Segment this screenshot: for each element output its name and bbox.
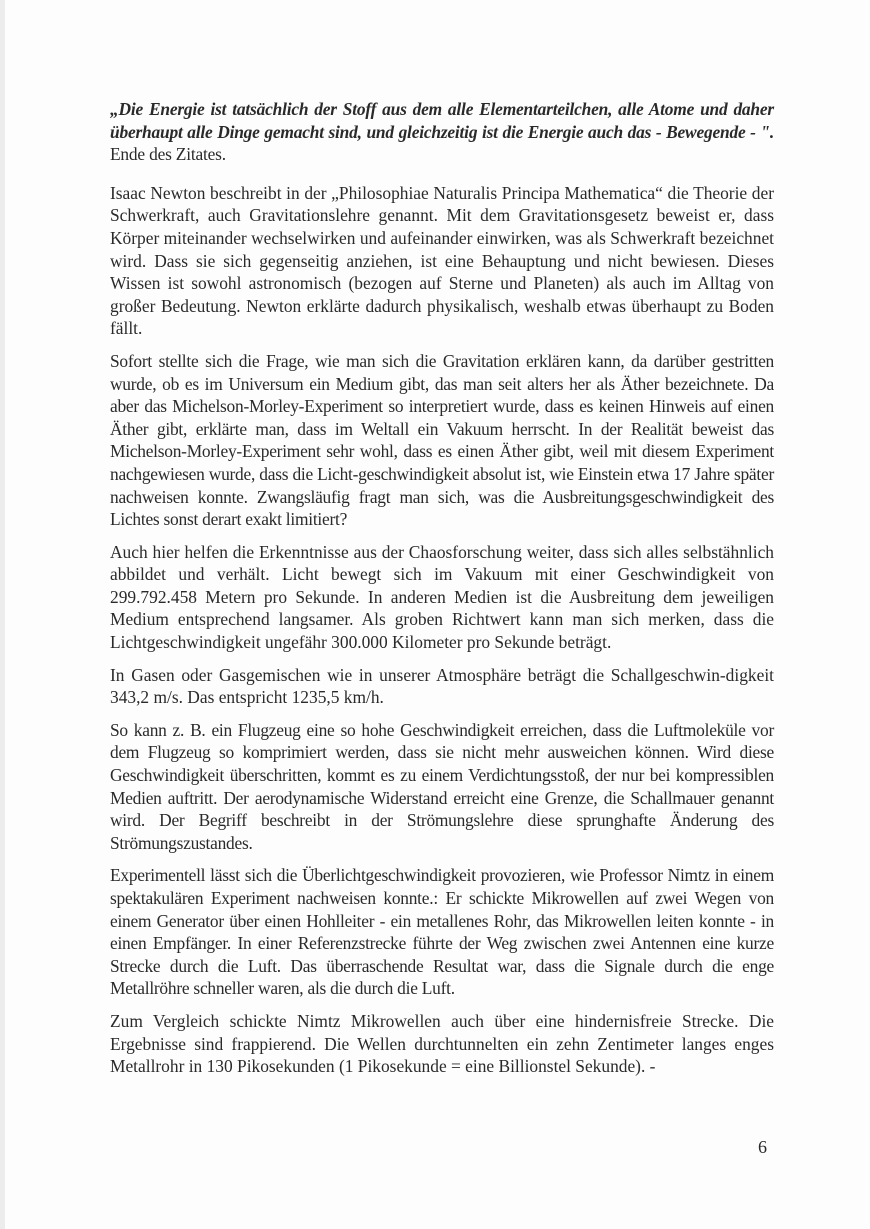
quote-text: „Die Energie ist tatsächlich der Stoff a… <box>110 99 774 142</box>
quote-paragraph: „Die Energie ist tatsächlich der Stoff a… <box>110 98 774 166</box>
page-edge <box>0 0 5 1229</box>
paragraph-nimtz-comparison: Zum Vergleich schickte Nimtz Mikrowellen… <box>110 1010 774 1078</box>
paragraph-newton: Isaac Newton beschreibt in der „Philosop… <box>110 182 774 340</box>
paragraph-aether: Sofort stellte sich die Frage, wie man s… <box>110 350 774 531</box>
document-body: „Die Energie ist tatsächlich der Stoff a… <box>110 98 774 1088</box>
paragraph-sound-barrier: So kann z. B. ein Flugzeug eine so hohe … <box>110 719 774 855</box>
paragraph-sound-speed: In Gasen oder Gasgemischen wie in unsere… <box>110 664 774 709</box>
page-number: 6 <box>758 1137 767 1158</box>
quote-end-note: Ende des Zitates. <box>110 144 226 164</box>
paragraph-nimtz-experiment: Experimentell lässt sich die Überlichtge… <box>110 864 774 1000</box>
paragraph-light-speed: Auch hier helfen die Erkenntnisse aus de… <box>110 541 774 654</box>
